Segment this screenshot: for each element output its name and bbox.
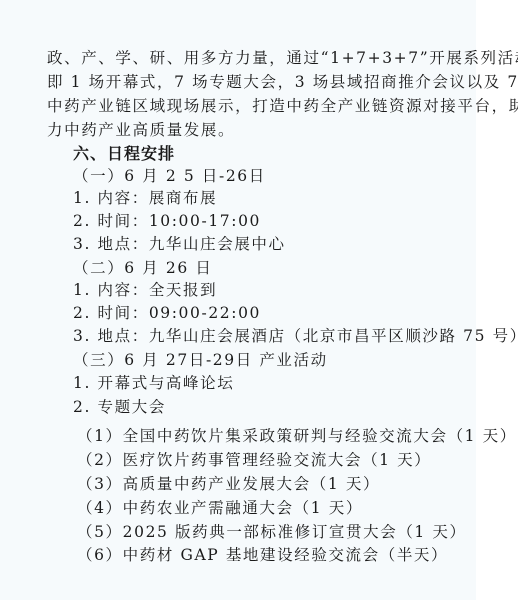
schedule-item: 3. 地点：九华山庄会展酒店（北京市昌平区顺沙路 75 号） xyxy=(73,326,518,346)
sub-item: （6）中药材 GAP 基地建设经验交流会（半天） xyxy=(77,545,448,565)
schedule-item: 2. 时间：10:00-17:00 xyxy=(73,211,261,231)
document-page: 政、产、学、研、用多方力量，通过“1+7+3+7”开展系列活动， 即 1 场开幕… xyxy=(0,0,476,600)
sub-item: （1）全国中药饮片集采政策研判与经验交流大会（1 天） xyxy=(77,426,517,446)
sub-item: （2）医疗饮片药事管理经验交流大会（1 天） xyxy=(77,450,431,470)
paragraph-line: 中药产业链区域现场展示，打造中药全产业链资源对接平台，助 xyxy=(47,96,518,116)
schedule-item: 1. 开幕式与高峰论坛 xyxy=(73,373,234,393)
schedule-item: 1. 内容：展商布展 xyxy=(73,188,217,208)
schedule-title: （二）6 月 26 日 xyxy=(73,258,212,278)
schedule-title: （一）6 月 2 5 日-26日 xyxy=(73,166,266,186)
paragraph-line: 力中药产业高质量发展。 xyxy=(47,120,235,140)
schedule-item: 3. 地点：九华山庄会展中心 xyxy=(73,234,286,254)
schedule-title: （三）6 月 27日-29日 产业活动 xyxy=(73,350,328,370)
schedule-item: 2. 专题大会 xyxy=(73,397,166,417)
sub-item: （4）中药农业产需融通大会（1 天） xyxy=(77,498,363,518)
paragraph-line: 政、产、学、研、用多方力量，通过“1+7+3+7”开展系列活动， xyxy=(47,48,518,68)
section-heading: 六、日程安排 xyxy=(73,144,175,164)
schedule-item: 2. 时间：09:00-22:00 xyxy=(73,303,261,323)
sub-item: （3）高质量中药产业发展大会（1 天） xyxy=(77,474,380,494)
paragraph-line: 即 1 场开幕式，7 场专题大会，3 场县域招商推介会议以及 7 大 xyxy=(47,72,518,92)
schedule-item: 1. 内容：全天报到 xyxy=(73,280,217,300)
sub-item: （5）2025 版药典一部标准修订宣贯大会（1 天） xyxy=(77,522,467,542)
